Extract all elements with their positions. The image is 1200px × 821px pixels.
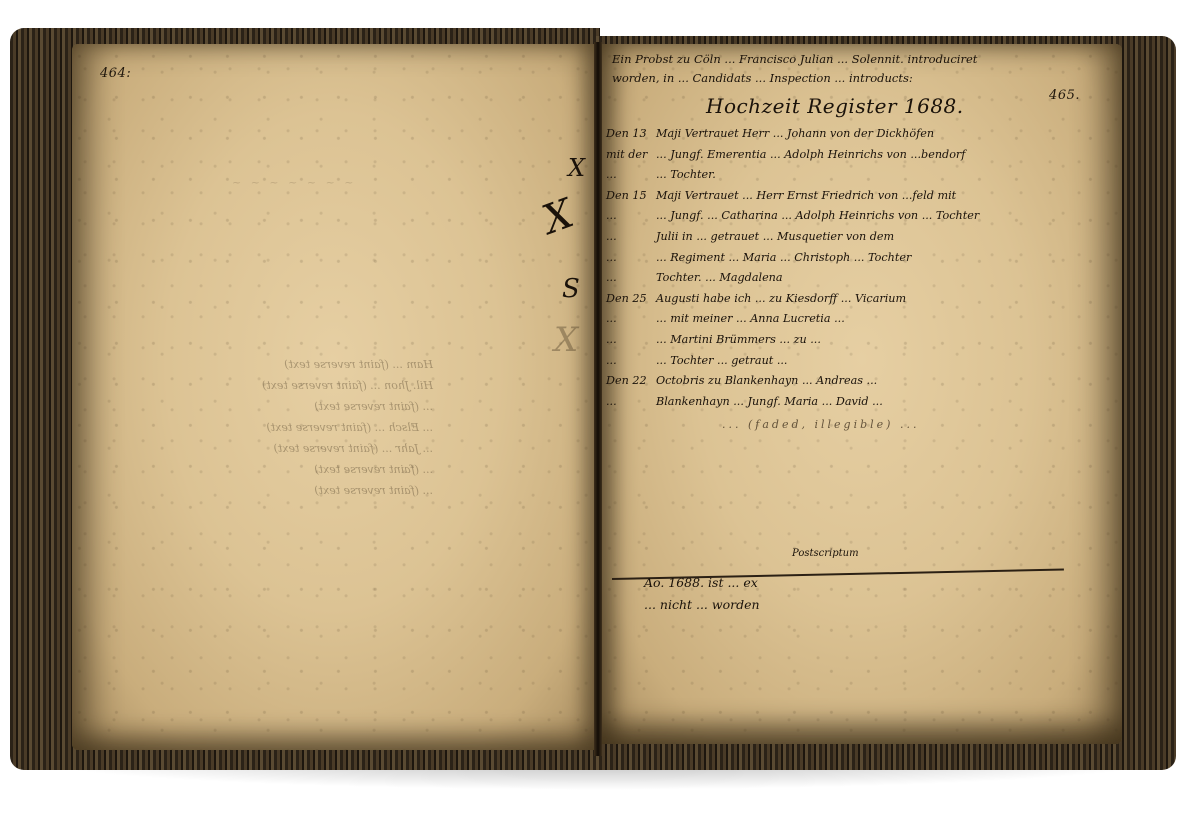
page-number-left: 464: [100, 66, 131, 81]
postscript-note: Ao. 1688. ist ... ex ... nicht ... worde… [644, 572, 760, 616]
entry-line: Den 22Octobris zu Blankenhayn ... Andrea… [606, 371, 979, 392]
entry-text: Maji Vertrauet Herr ... Johann von der D… [656, 127, 934, 140]
entry-date: Den 13 [606, 124, 656, 145]
entry-line: ...... Tochter ... getraut ... [606, 351, 979, 372]
entry-text: Blankenhayn ... Jungf. Maria ... David .… [656, 395, 883, 408]
entry-line: ...Julii in ... getrauet ... Musquetier … [606, 227, 979, 248]
entry-date: ... [606, 351, 656, 372]
entry-date: Den 22 [606, 371, 656, 392]
entry-date: ... [606, 227, 656, 248]
entry-line: ...... Tochter. [606, 165, 979, 186]
entry-date: mit der [606, 145, 656, 166]
page-number-right: 465. [1049, 88, 1080, 103]
header-lines: Ein Probst zu Cöln ... Francisco Julian … [612, 50, 977, 88]
entry-line: Den 25Augusti habe ich ... zu Kiesdorff … [606, 289, 979, 310]
note-line: Ao. 1688. ist ... ex [644, 572, 760, 594]
entry-line: ...Blankenhayn ... Jungf. Maria ... Davi… [606, 392, 979, 413]
entry-text: Julii in ... getrauet ... Musquetier von… [656, 230, 894, 243]
entry-text: ... Tochter ... getraut ... [656, 354, 788, 367]
entry-line: ...... mit meiner ... Anna Lucretia ... [606, 309, 979, 330]
entry-text: ... Tochter. [656, 168, 716, 181]
faded-line: ... (faded, illegible) ... [722, 418, 919, 431]
bleed-line: ... (faint reverse text) [262, 459, 433, 480]
header-line: worden, in ... Candidats ... Inspection … [612, 69, 977, 88]
entry-text: ... Martini Brümmers ... zu ... [656, 333, 821, 346]
bleed-line: ... (faint reverse text) [262, 480, 433, 501]
margin-mark-faded-x: X [554, 320, 578, 360]
note-line: ... nicht ... worden [644, 594, 760, 616]
entry-date: ... [606, 248, 656, 269]
bleed-line: ... (faint reverse text) [262, 396, 433, 417]
register-title: Hochzeit Register 1688. [706, 94, 964, 118]
right-page: 465. Ein Probst zu Cöln ... Francisco Ju… [602, 44, 1122, 744]
entry-text: ... Jungf. Emerentia ... Adolph Heinrich… [656, 148, 965, 161]
open-register-book: 464: ~ ~ ~ ~ ~ ~ ~ Ham ... (faint revers… [10, 28, 1176, 770]
entry-text: ... mit meiner ... Anna Lucretia ... [656, 312, 845, 325]
entry-date: Den 25 [606, 289, 656, 310]
bleed-line: Hil. Jhon ... (faint reverse text) [262, 375, 433, 396]
bleed-line: ... Jahr ... (faint reverse text) [262, 438, 433, 459]
margin-mark-s: S [562, 274, 580, 304]
entry-line: ...... Martini Brümmers ... zu ... [606, 330, 979, 351]
entry-line: Den 13Maji Vertrauet Herr ... Johann von… [606, 124, 979, 145]
entry-text: Maji Vertrauet ... Herr Ernst Friedrich … [656, 189, 956, 202]
entry-date: ... [606, 206, 656, 227]
entry-text: Tochter. ... Magdalena [656, 271, 783, 284]
entry-text: ... Regiment ... Maria ... Christoph ...… [656, 251, 911, 264]
entry-text: Augusti habe ich ... zu Kiesdorff ... Vi… [656, 292, 906, 305]
bleed-line: ... Elsch ... (faint reverse text) [262, 417, 433, 438]
bleed-through-top: ~ ~ ~ ~ ~ ~ ~ [232, 176, 357, 189]
entry-date: ... [606, 392, 656, 413]
entry-date: ... [606, 330, 656, 351]
entry-date: ... [606, 165, 656, 186]
header-line: Ein Probst zu Cöln ... Francisco Julian … [612, 50, 977, 69]
entry-text: ... Jungf. ... Catharina ... Adolph Hein… [656, 209, 979, 222]
entry-line: ...Tochter. ... Magdalena [606, 268, 979, 289]
entry-line: mit der... Jungf. Emerentia ... Adolph H… [606, 145, 979, 166]
bleed-through-text: Ham ... (faint reverse text) Hil. Jhon .… [262, 354, 433, 501]
margin-mark-cross: X [537, 191, 579, 244]
register-entries: Den 13Maji Vertrauet Herr ... Johann von… [606, 124, 979, 412]
left-page: 464: ~ ~ ~ ~ ~ ~ ~ Ham ... (faint revers… [72, 44, 594, 750]
book-gutter [594, 42, 602, 756]
entry-date: ... [606, 268, 656, 289]
entry-date: ... [606, 309, 656, 330]
entry-date: Den 15 [606, 186, 656, 207]
margin-marks: X X S X [542, 124, 592, 424]
entry-line: Den 15Maji Vertrauet ... Herr Ernst Frie… [606, 186, 979, 207]
margin-mark-x: X [568, 154, 585, 182]
postscript-label: Postscriptum [792, 548, 859, 559]
bleed-line: Ham ... (faint reverse text) [262, 354, 433, 375]
entry-line: ...... Regiment ... Maria ... Christoph … [606, 248, 979, 269]
entry-text: Octobris zu Blankenhayn ... Andreas ... [656, 374, 877, 387]
entry-line: ...... Jungf. ... Catharina ... Adolph H… [606, 206, 979, 227]
